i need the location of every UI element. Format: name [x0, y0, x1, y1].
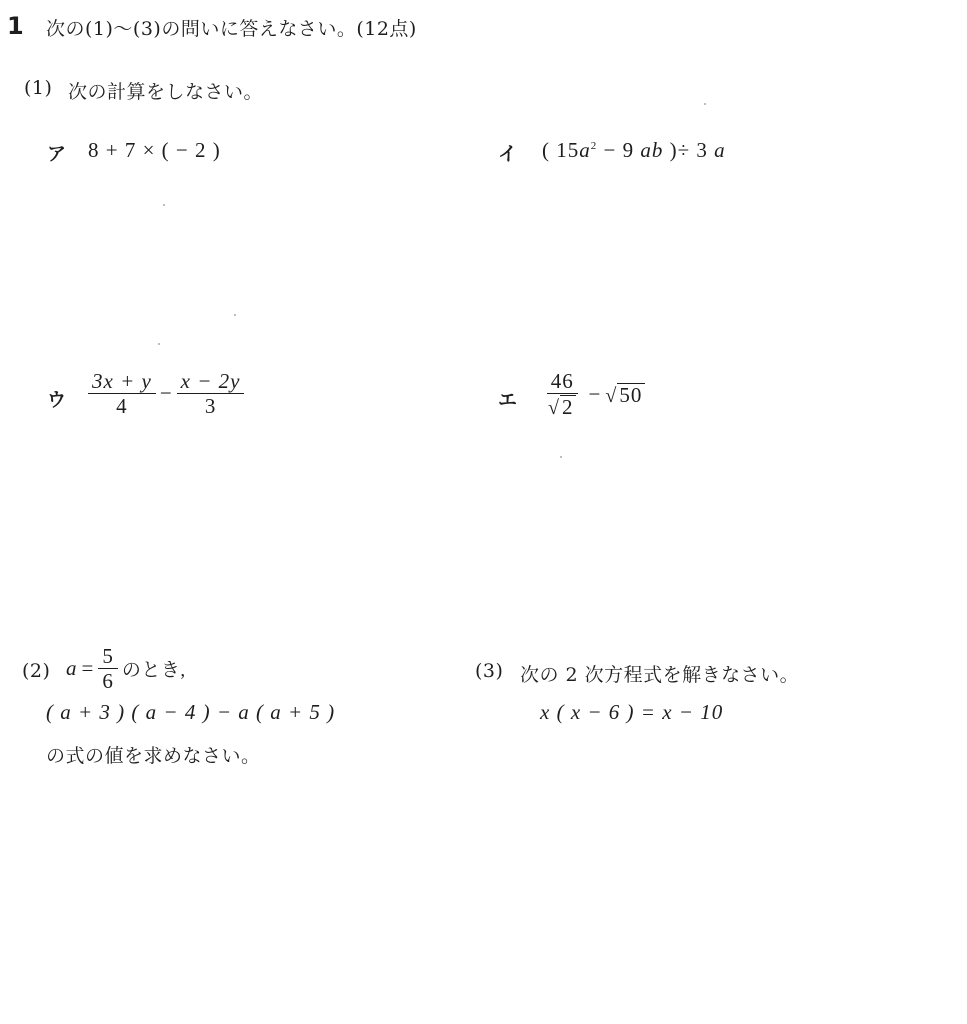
fraction: x − 2y 3	[177, 370, 245, 417]
scan-speck	[234, 314, 236, 316]
coefficient: 15	[556, 138, 579, 162]
subquestion-2-instruction: の式の値を求めなさい。	[46, 741, 261, 768]
subquestion-3-instruction: 次の 2 次方程式を解きなさい。	[520, 660, 799, 687]
operator: −	[604, 138, 617, 162]
item-d-label: エ	[498, 385, 517, 412]
item-a-label: ア	[47, 139, 66, 166]
subquestion-3-equation: x ( x − 6 ) = x − 10	[540, 700, 723, 725]
open-paren: (	[542, 138, 550, 162]
item-a-expression: 8 + 7 × ( − 2 )	[88, 138, 221, 163]
fraction: 5 6	[98, 645, 118, 692]
operator: =	[82, 656, 95, 681]
coefficient: 9	[623, 138, 635, 162]
exponent: 2	[591, 140, 598, 152]
variable: a	[66, 656, 78, 681]
scan-speck	[560, 456, 562, 458]
subquestion-1-instruction: 次の計算をしなさい。	[68, 77, 263, 104]
subquestion-3-label: (3)	[475, 660, 503, 682]
fraction: 3x + y 4	[88, 370, 156, 417]
subquestion-2-condition: a = 5 6 のとき,	[66, 645, 186, 692]
subquestion-2-label: (2)	[22, 660, 50, 682]
item-b-expression: ( 15a2 − 9 ab )÷ 3 a	[542, 138, 726, 163]
item-c-label: ウ	[47, 385, 66, 412]
close-paren: )	[670, 138, 678, 162]
operator: −	[588, 382, 601, 407]
subquestion-1-label: (1)	[24, 77, 52, 99]
operator: ÷	[678, 138, 691, 162]
variable: a	[714, 138, 726, 162]
sqrt: √2	[548, 395, 576, 418]
scan-speck	[704, 103, 706, 105]
sqrt: √50	[605, 383, 645, 406]
item-b-label: イ	[498, 139, 517, 166]
item-c-expression: 3x + y 4 − x − 2y 3	[84, 370, 248, 417]
question-number: 1	[7, 12, 24, 40]
operator: −	[160, 381, 173, 406]
item-d-expression: 46 √2 − √50	[540, 370, 645, 418]
variable: ab	[640, 138, 663, 162]
fraction: 46 √2	[544, 370, 580, 418]
scan-speck	[163, 204, 165, 206]
coefficient: 3	[696, 138, 708, 162]
variable: a	[579, 138, 591, 162]
scan-speck	[158, 343, 160, 345]
subquestion-2-expression: ( a + 3 ) ( a − 4 ) − a ( a + 5 )	[46, 700, 335, 725]
question-instruction: 次の(1)〜(3)の問いに答えなさい。(12点)	[46, 14, 417, 41]
